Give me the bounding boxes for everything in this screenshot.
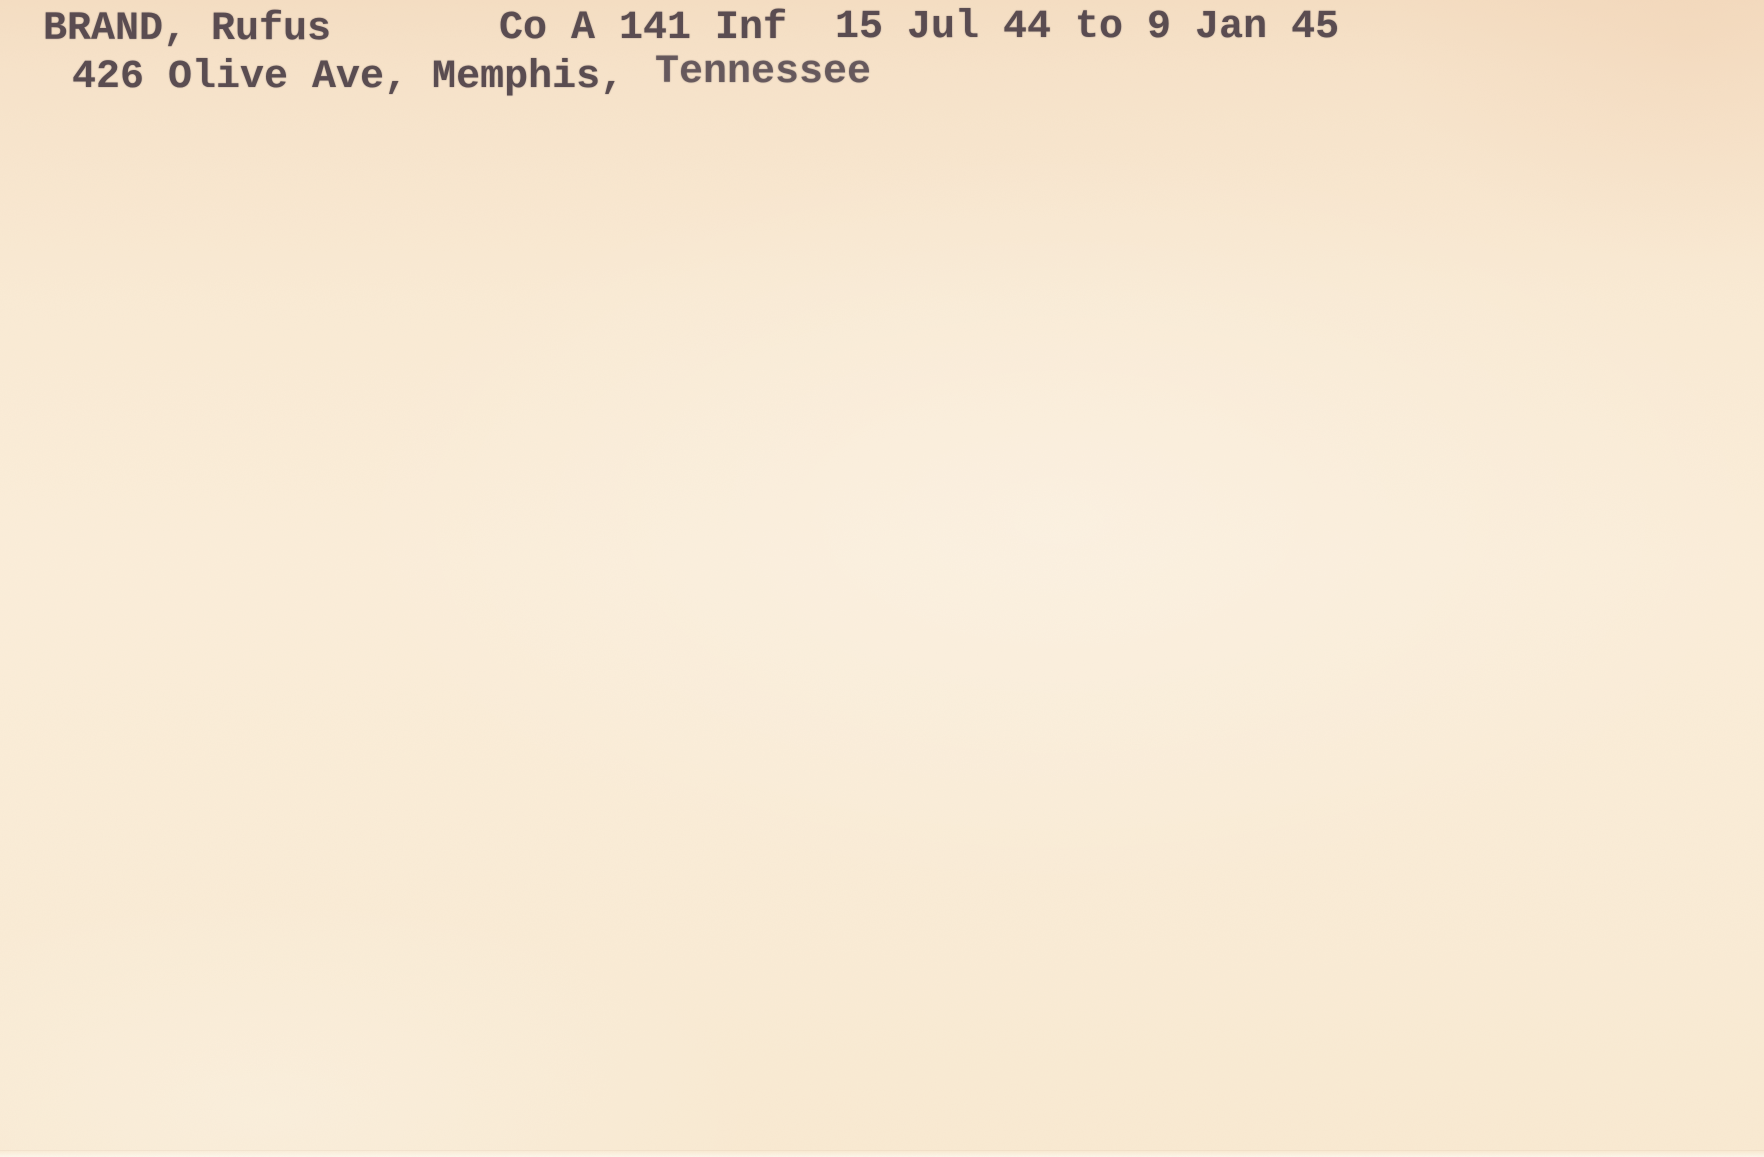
unit-assignment: Co A 141 Inf	[499, 9, 787, 49]
address-street-city: 426 Olive Ave, Memphis,	[72, 58, 624, 98]
address-state: Tennessee	[655, 53, 871, 93]
index-card: BRAND, Rufus Co A 141 Inf 15 Jul 44 to 9…	[0, 0, 1764, 1157]
service-dates: 15 Jul 44 to 9 Jan 45	[835, 8, 1339, 48]
soldier-name: BRAND, Rufus	[43, 10, 331, 51]
